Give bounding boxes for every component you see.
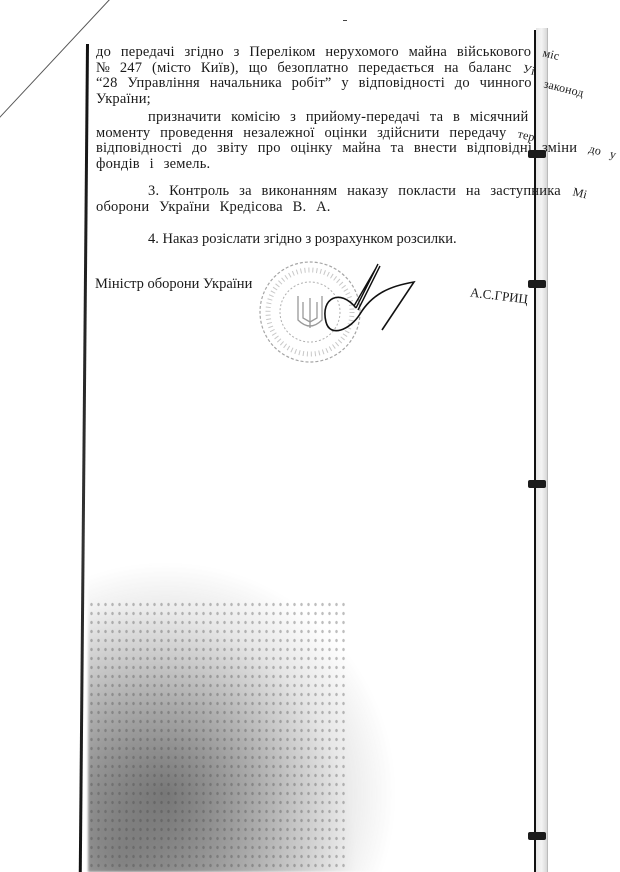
cut-off-text: Мі bbox=[571, 184, 589, 203]
binder-clip bbox=[528, 280, 546, 288]
binder-clip bbox=[528, 480, 546, 488]
trident-emblem-icon bbox=[298, 296, 322, 328]
text-line: відповідності до звіту про оцінку майна … bbox=[96, 140, 577, 156]
text-line: “28 Управління начальника робіт” у відпо… bbox=[96, 75, 532, 91]
paragraph-commission: призначити комісію з прийому-передачі та… bbox=[96, 110, 536, 172]
text-line: 3. Контроль за виконанням наказу покласт… bbox=[148, 183, 561, 199]
cut-off-text: до у bbox=[587, 141, 618, 163]
signatory-name: А.С.ГРИЦ bbox=[469, 285, 529, 308]
text-line: призначити комісію з прийому-передачі та… bbox=[148, 109, 528, 125]
scanned-document-page: до передачі згідно з Переліком нерухомог… bbox=[0, 0, 620, 872]
text-line: моменту проведення незалежної оцінки зді… bbox=[96, 125, 506, 141]
order-item-3: 3. Контроль за виконанням наказу покласт… bbox=[96, 184, 536, 215]
text-line: № 247 (місто Київ), що безоплатно переда… bbox=[96, 60, 512, 76]
signatory-position: Міністр оборони України bbox=[95, 276, 252, 293]
text-line: до передачі згідно з Переліком нерухомог… bbox=[96, 44, 531, 60]
text-line: 4. Наказ розіслати згідно з розрахунком … bbox=[96, 232, 536, 248]
binder-clip bbox=[528, 832, 546, 840]
text-line: оборони України Кредісова В. А. bbox=[96, 200, 536, 216]
paragraph-transfer-list: до передачі згідно з Переліком нерухомог… bbox=[96, 45, 536, 107]
order-item-4: 4. Наказ розіслати згідно з розрахунком … bbox=[96, 232, 536, 248]
scan-mark bbox=[343, 20, 347, 21]
handwritten-signature bbox=[320, 258, 420, 348]
text-line: фондів і земель. bbox=[96, 157, 536, 173]
fold-line bbox=[0, 0, 110, 139]
cut-off-text: законод bbox=[542, 76, 585, 101]
text-line: України; bbox=[96, 92, 536, 108]
scan-noise bbox=[88, 600, 348, 872]
